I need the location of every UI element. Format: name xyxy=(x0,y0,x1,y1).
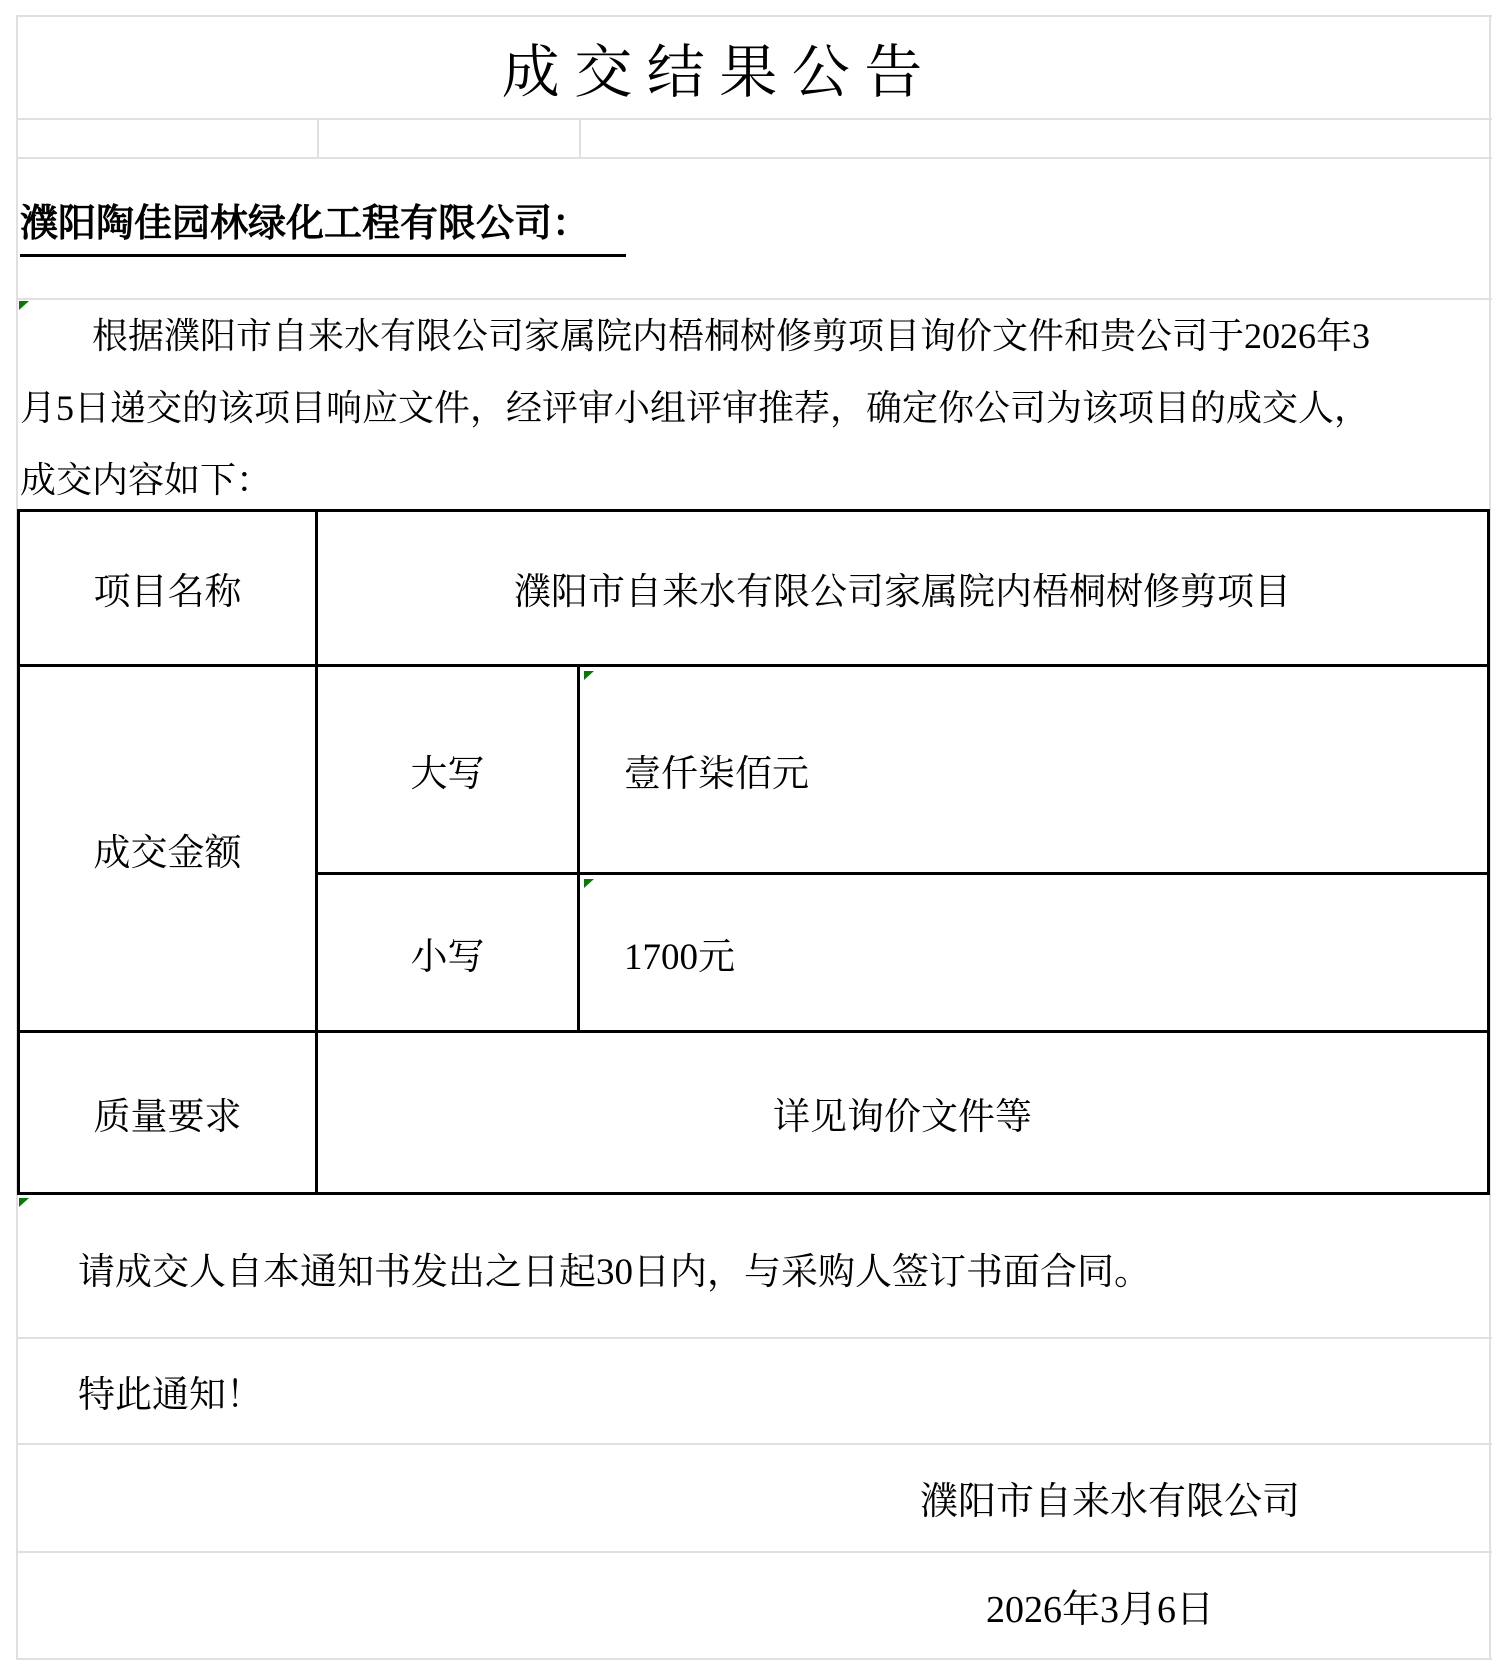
grid-line xyxy=(579,118,581,159)
grid-line xyxy=(317,118,319,159)
quality-value-cell: 详见询价文件等 xyxy=(318,1033,1487,1192)
intro-line-3: 成交内容如下： xyxy=(20,444,1482,516)
error-flag-icon xyxy=(584,671,594,680)
announcement-title: 成 交 结 果 公 告 xyxy=(17,16,1407,118)
project-name-value-cell: 濮阳市自来水有限公司家属院内梧桐树修剪项目 xyxy=(318,512,1487,667)
error-flag-icon xyxy=(19,301,29,310)
intro-paragraph: 根据濮阳市自来水有限公司家属院内梧桐树修剪项目询价文件和贵公司于2026年3 月… xyxy=(20,300,1482,516)
addressee-line: 濮阳陶佳园林绿化工程有限公司： xyxy=(20,196,626,257)
issuer-signature: 濮阳市自来水有限公司 xyxy=(17,1444,1490,1551)
grid-line xyxy=(16,118,1492,120)
intro-line-1: 根据濮阳市自来水有限公司家属院内梧桐树修剪项目询价文件和贵公司于2026年3 xyxy=(20,300,1482,372)
amount-figures-value-cell: 1700元 xyxy=(580,875,1487,1033)
amount-words-label-cell: 大写 xyxy=(318,667,580,875)
error-flag-icon xyxy=(584,879,594,888)
amount-words-value-cell: 壹仟柒佰元 xyxy=(580,667,1487,875)
intro-line-2: 月5日递交的该项目响应文件，经评审小组评审推荐，确定你公司为该项目的成交人， xyxy=(20,372,1482,444)
grid-line xyxy=(16,157,1492,159)
grid-line xyxy=(16,1658,1492,1660)
award-result-table: 项目名称 濮阳市自来水有限公司家属院内梧桐树修剪项目 成交金额 大写 壹仟柒佰元… xyxy=(17,509,1490,1195)
closing-line: 特此通知！ xyxy=(17,1338,1490,1443)
issue-date: 2026年3月6日 xyxy=(17,1552,1490,1658)
amount-label-cell: 成交金额 xyxy=(20,667,318,1033)
quality-label-cell: 质量要求 xyxy=(20,1033,318,1192)
amount-figures-label-cell: 小写 xyxy=(318,875,580,1033)
contract-notice-line: 请成交人自本通知书发出之日起30日内，与采购人签订书面合同。 xyxy=(17,1198,1490,1337)
announcement-sheet: 成 交 结 果 公 告 濮阳陶佳园林绿化工程有限公司： 根据濮阳市自来水有限公司… xyxy=(0,0,1506,1676)
project-name-label-cell: 项目名称 xyxy=(20,512,318,667)
